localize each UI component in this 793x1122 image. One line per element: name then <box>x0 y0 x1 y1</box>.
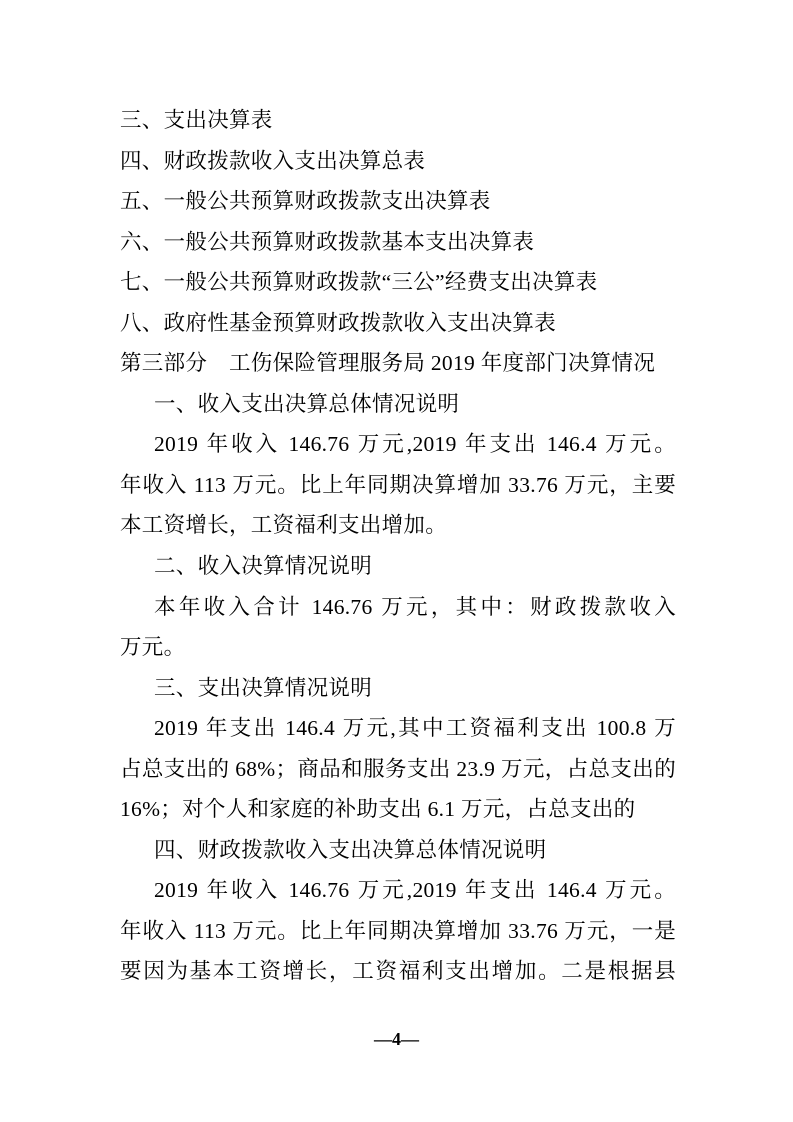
paragraph-line: 2019 年收入 146.76 万元,2019 年支出 146.4 万元。201… <box>120 424 676 465</box>
section-heading-line: 三、支出决算情况说明 <box>120 668 676 709</box>
toc-item-line: 六、一般公共预算财政拨款基本支出决算表 <box>120 222 676 263</box>
toc-item-line: 四、财政拨款收入支出决算总表 <box>120 141 676 182</box>
page-number: —4— <box>0 1026 793 1052</box>
section-heading-line: 二、收入决算情况说明 <box>120 546 676 587</box>
paragraph-line: 要因为基本工资增长，工资福利支出增加。二是根据县 2019 年 <box>120 951 676 992</box>
paragraph-line: 年收入 113 万元。比上年同期决算增加 33.76 万元，一是主 <box>120 911 676 952</box>
section-heading-line: 四、财政拨款收入支出决算总体情况说明 <box>120 830 676 871</box>
paragraph-line: 占总支出的 68%；商品和服务支出 23.9 万元，占总支出的 <box>120 749 676 790</box>
paragraph-line: 本工资增长，工资福利支出增加。 <box>120 505 676 546</box>
paragraph-line: 2019 年收入 146.76 万元,2019 年支出 146.4 万元。201… <box>120 870 676 911</box>
toc-item-line: 五、一般公共预算财政拨款支出决算表 <box>120 181 676 222</box>
document-body: 三、支出决算表 四、财政拨款收入支出决算总表 五、一般公共预算财政拨款支出决算表… <box>120 100 676 992</box>
paragraph-line: 万元。 <box>120 627 676 668</box>
paragraph-line: 本年收入合计 146.76 万元，其中：财政拨款收入 146.76 <box>120 587 676 628</box>
paragraph-line: 2019 年支出 146.4 万元,其中工资福利支出 100.8 万元， <box>120 708 676 749</box>
section-heading-line: 一、收入支出决算总体情况说明 <box>120 384 676 425</box>
document-page: 三、支出决算表 四、财政拨款收入支出决算总表 五、一般公共预算财政拨款支出决算表… <box>0 0 793 1122</box>
toc-item-line: 三、支出决算表 <box>120 100 676 141</box>
part-heading-line: 第三部分 工伤保险管理服务局 2019 年度部门决算情况说明 <box>120 343 676 384</box>
paragraph-line: 16%；对个人和家庭的补助支出 6.1 万元，占总支出的 4%。 <box>120 789 676 830</box>
paragraph-line: 年收入 113 万元。比上年同期决算增加 33.76 万元，主要因为基 <box>120 465 676 506</box>
toc-item-line: 七、一般公共预算财政拨款“三公”经费支出决算表 <box>120 262 676 303</box>
toc-item-line: 八、政府性基金预算财政拨款收入支出决算表 <box>120 303 676 344</box>
